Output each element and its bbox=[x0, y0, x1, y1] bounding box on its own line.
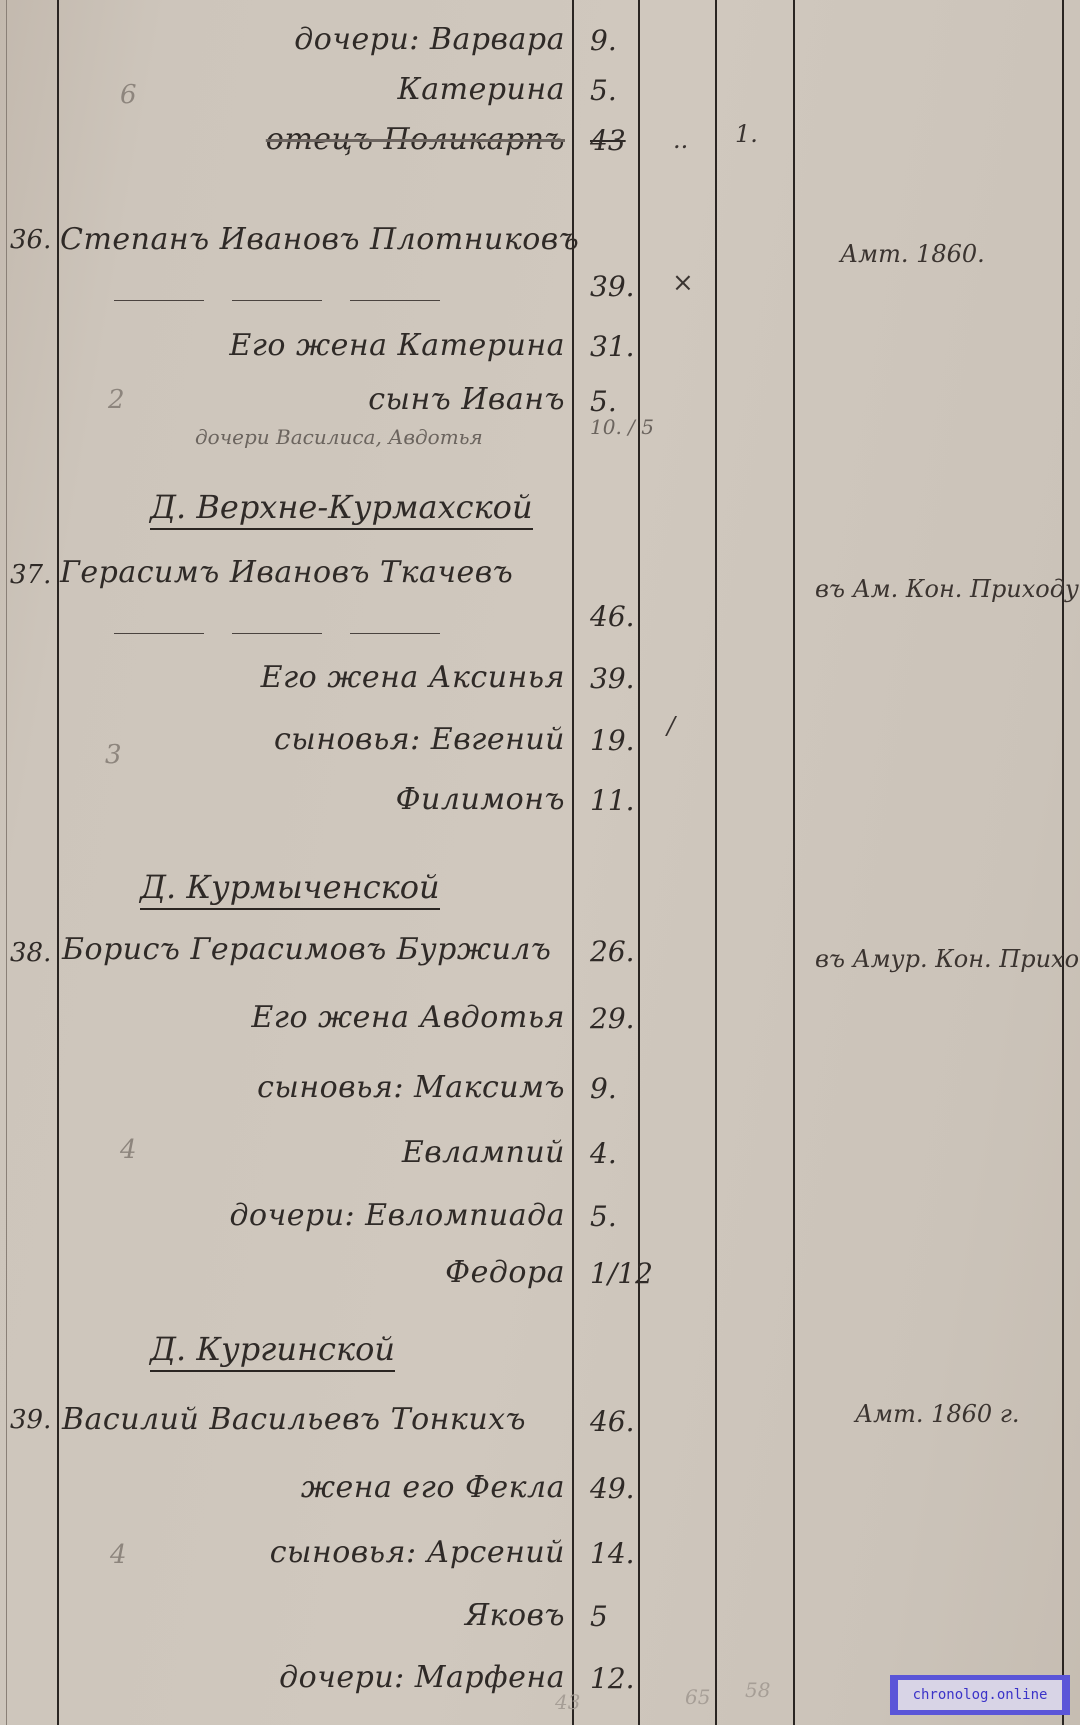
entry-number: 39. bbox=[10, 1405, 51, 1435]
entry-number: 38. bbox=[10, 938, 51, 968]
entry-note: Амт. 1860 г. bbox=[855, 1400, 1020, 1428]
entry-age: 29. bbox=[590, 1002, 635, 1035]
entry-age: 49. bbox=[590, 1472, 635, 1505]
entry-name: Степанъ Ивановъ Плотниковъ bbox=[60, 222, 579, 257]
village-heading: Д. Верхне-Курмахской bbox=[150, 488, 533, 526]
entry-mark: × bbox=[672, 268, 694, 298]
entry-age: 46. bbox=[590, 1405, 635, 1438]
footer-pencil-total: 65 bbox=[685, 1685, 710, 1709]
entry-age: 5. bbox=[590, 1200, 617, 1233]
entry-age: 11. bbox=[590, 784, 635, 817]
village-heading: Д. Курмыченской bbox=[140, 868, 440, 906]
watermark-badge: chronolog.online bbox=[890, 1675, 1070, 1715]
entry-name: дочери: Марфена bbox=[279, 1660, 565, 1695]
entry-note: Амт. 1860. bbox=[840, 240, 985, 268]
entry-name: Евлампий bbox=[402, 1135, 565, 1170]
entry-mark: 1. bbox=[735, 120, 758, 148]
entry-name: сыновья: Евгений bbox=[274, 722, 565, 757]
entry-age: 12. bbox=[590, 1662, 635, 1695]
entry-age: 4. bbox=[590, 1137, 617, 1170]
column-4-line bbox=[715, 0, 717, 1725]
entry-name: дочери: Евломпиада bbox=[230, 1198, 565, 1233]
entry-name: жена его Фекла bbox=[301, 1470, 565, 1505]
entry-name: Герасимъ Ивановъ Ткачевъ bbox=[60, 555, 513, 590]
document-page: дочери: Варвара 9. Катерина 5. 6 отецъ П… bbox=[0, 0, 1080, 1725]
entry-name: Федора bbox=[445, 1255, 565, 1290]
entry-age: 5 bbox=[590, 1600, 608, 1633]
entry-mark: .. bbox=[673, 126, 688, 154]
village-heading: Д. Кургинской bbox=[150, 1330, 395, 1368]
entry-name: сыновья: Максимъ bbox=[257, 1070, 565, 1105]
pencil-mark: 2 bbox=[108, 385, 125, 415]
entry-age: 26. bbox=[590, 935, 635, 968]
entry-name: Филимонъ bbox=[396, 782, 565, 817]
entry-age: 19. bbox=[590, 724, 635, 757]
footer-pencil-total: 43 bbox=[555, 1690, 580, 1714]
entry-age: 5. bbox=[590, 385, 617, 418]
entry-mark: / bbox=[667, 712, 675, 740]
right-edge-line bbox=[1062, 0, 1064, 1725]
pencil-mark: 4 bbox=[110, 1540, 127, 1570]
notes-column-line bbox=[793, 0, 795, 1725]
entry-name: сынъ Иванъ bbox=[368, 382, 565, 417]
entry-age: 14. bbox=[590, 1537, 635, 1570]
entry-name: Катерина bbox=[398, 72, 565, 107]
entry-age: 46. bbox=[590, 600, 635, 633]
entry-note: въ Амур. Кон. Приходу 1860 bbox=[815, 945, 1080, 973]
entry-number: 36. bbox=[10, 225, 51, 255]
fill-dashes bbox=[100, 290, 560, 309]
entry-age: 1/12 bbox=[590, 1257, 653, 1290]
entry-name: Его жена Аксинья bbox=[261, 660, 565, 695]
entry-age: 39. bbox=[590, 662, 635, 695]
entry-name: сыновья: Арсений bbox=[270, 1535, 565, 1570]
page-edge-line bbox=[6, 0, 7, 1725]
entry-name-pencil: дочери Василиса, Авдотья bbox=[195, 425, 483, 449]
entry-name: Его жена Катерина bbox=[229, 328, 565, 363]
entry-name: Борисъ Герасимовъ Буржилъ bbox=[62, 932, 551, 967]
footer-pencil-total: 58 bbox=[745, 1678, 770, 1702]
entry-name: Его жена Авдотья bbox=[251, 1000, 565, 1035]
pencil-mark: 4 bbox=[120, 1135, 137, 1165]
entry-age: 9. bbox=[590, 24, 617, 57]
entry-number: 37. bbox=[10, 560, 51, 590]
entry-age-pencil: 10. / 5 bbox=[590, 415, 654, 439]
pencil-mark: 6 bbox=[120, 80, 137, 110]
entry-name: дочери: Варвара bbox=[294, 22, 565, 57]
entry-age: 9. bbox=[590, 1072, 617, 1105]
watermark-text: chronolog.online bbox=[898, 1680, 1062, 1710]
entry-name-struck: отецъ Поликарпъ bbox=[266, 122, 565, 157]
fill-dashes bbox=[100, 623, 560, 642]
pencil-mark: 3 bbox=[105, 740, 122, 770]
entry-age: 5. bbox=[590, 74, 617, 107]
entry-age: 43 bbox=[590, 124, 626, 157]
entry-note: въ Ам. Кон. Приходу 1860 bbox=[815, 575, 1080, 603]
margin-line bbox=[57, 0, 59, 1725]
entry-name: Яковъ bbox=[465, 1598, 565, 1633]
entry-age: 31. bbox=[590, 330, 635, 363]
column-3-line bbox=[638, 0, 640, 1725]
entry-name: Василий Васильевъ Тонкихъ bbox=[62, 1402, 526, 1437]
entry-age: 39. bbox=[590, 270, 635, 303]
age-column-line bbox=[572, 0, 574, 1725]
